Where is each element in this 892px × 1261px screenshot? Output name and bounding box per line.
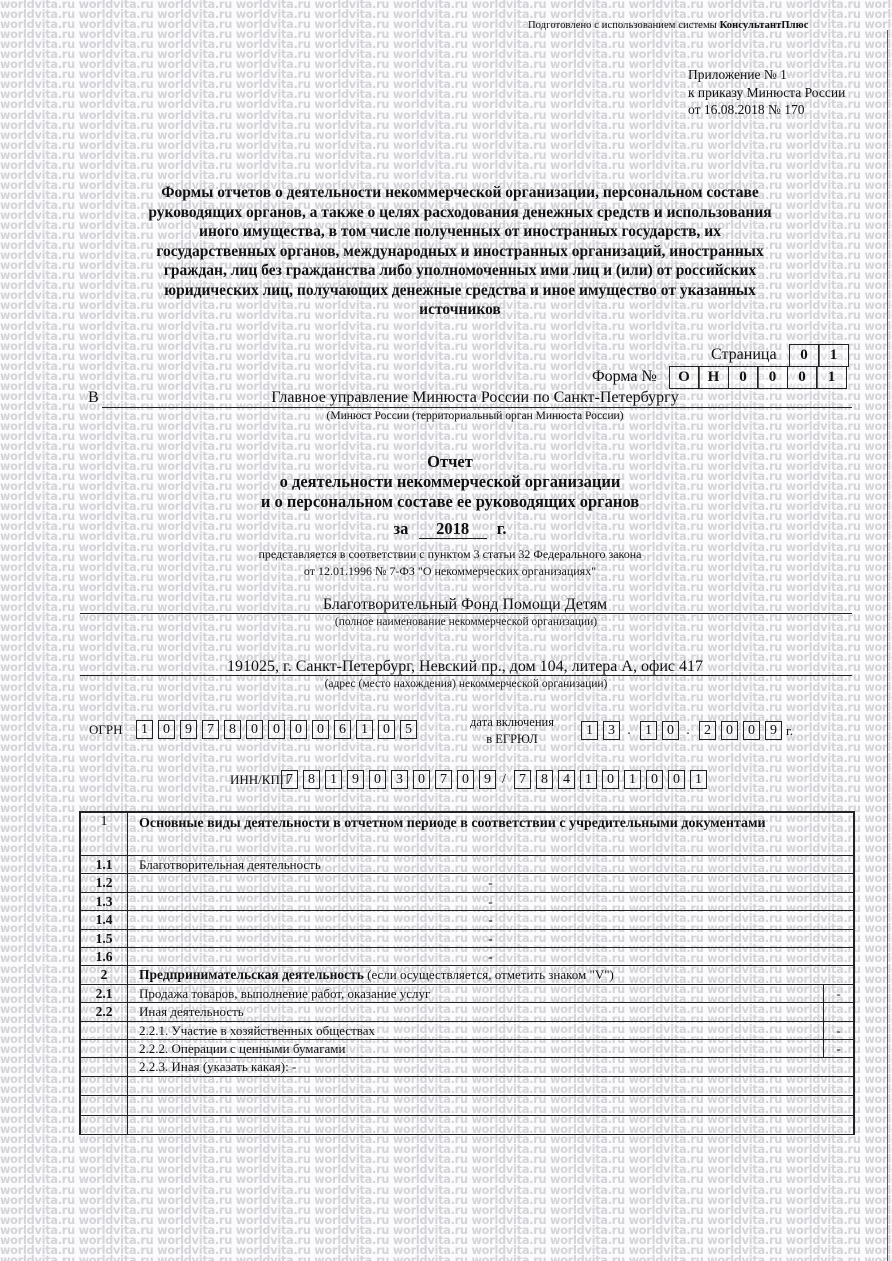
inn-kpp-separator: / — [498, 772, 510, 788]
inn-digit: 0 — [369, 770, 386, 789]
form-char: 0 — [787, 366, 818, 389]
egrul-day-digit: 1 — [581, 721, 598, 740]
page-label: Страница — [711, 346, 777, 364]
page-number-boxes: 0 1 — [790, 344, 849, 367]
ogrn-digit: 7 — [202, 720, 219, 739]
row-text: Благотворительная деятельность — [128, 856, 853, 873]
ogrn-digit: 0 — [312, 720, 329, 739]
inn-digit: 9 — [479, 770, 496, 789]
row-text: - — [128, 893, 853, 910]
table-row: 2.2 Иная деятельность — [81, 1003, 853, 1021]
title-line: граждан, лиц без гражданства либо уполно… — [110, 261, 810, 281]
title-line: источников — [110, 300, 810, 320]
appendix-reference: Приложение № 1 к приказу Минюста России … — [688, 66, 845, 119]
row-text: - — [128, 930, 853, 947]
blank-entry-line — [128, 1116, 853, 1135]
inn-digit: 0 — [457, 770, 474, 789]
table-subrow: 2.2.1. Участие в хозяйственных обществах… — [81, 1022, 853, 1040]
appendix-line: Приложение № 1 — [688, 66, 845, 84]
row-mark-cell[interactable] — [823, 1003, 853, 1020]
row-number: 1.1 — [81, 856, 128, 873]
report-year-field: 2018 — [419, 520, 487, 539]
row-text: 2.2.3. Иная (указать какая): - — [128, 1058, 853, 1075]
report-year-row: за 2018 г. — [200, 519, 700, 539]
kpp-digit: 8 — [536, 770, 553, 789]
prepared-prefix: Подготовлено с использованием системы — [528, 20, 717, 31]
form-char: 0 — [728, 366, 759, 389]
kpp-digit: 0 — [646, 770, 663, 789]
table-blank-row — [81, 1077, 853, 1097]
row-number: 1 — [81, 813, 128, 855]
ogrn-digit: 8 — [224, 720, 241, 739]
row-number-empty — [81, 1058, 128, 1075]
table-row: 1.5 - — [81, 930, 853, 948]
row-text: Иная деятельность — [128, 1003, 823, 1020]
organization-address-hint: (адрес (место нахождения) некоммерческой… — [80, 678, 852, 690]
row-number-empty — [81, 1022, 128, 1039]
section-1-header: 1 Основные виды деятельности в отчетном … — [81, 813, 853, 856]
ogrn-digit: 0 — [378, 720, 395, 739]
table-row: 1.6 - — [81, 948, 853, 966]
table-blank-row — [81, 1116, 853, 1136]
organization-name-underline — [80, 613, 852, 614]
egrul-year-digit: 0 — [721, 721, 738, 740]
section-2-title-bold: Предпринимательская деятельность — [139, 967, 364, 982]
ogrn-digit: 1 — [136, 720, 153, 739]
ogrn-digit: 5 — [400, 720, 417, 739]
inn-kpp-digit-boxes: 7819030709/784101001 — [281, 770, 712, 789]
table-row: 1.3 - — [81, 893, 853, 911]
report-title-line: Отчет — [200, 452, 700, 472]
form-number-boxes: О Н 0 0 0 1 — [670, 366, 847, 389]
addressee-field: Главное управление Минюста России по Сан… — [100, 389, 850, 407]
law-line: представляется в соответствии с пунктом … — [180, 546, 720, 563]
table-subrow: 2.2.2. Операции с ценными бумагами - — [81, 1040, 853, 1058]
prepared-system: КонсультантПлюс — [720, 20, 809, 31]
organization-address-field: 191025, г. Санкт-Петербург, Невский пр.,… — [80, 658, 850, 676]
ogrn-digit: 0 — [290, 720, 307, 739]
year-suffix: г. — [786, 723, 793, 739]
row-number: 2.2 — [81, 1003, 128, 1020]
organization-name-field: Благотворительный Фонд Помощи Детям — [80, 596, 850, 614]
ogrn-digit: 0 — [246, 720, 263, 739]
egrul-label-line: дата включения — [458, 714, 566, 731]
ogrn-digit: 6 — [334, 720, 351, 739]
inn-digit: 1 — [325, 770, 342, 789]
prepared-with-note: Подготовлено с использованием системы Ко… — [528, 20, 809, 31]
title-line: юридических лиц, получающих денежные сре… — [110, 281, 810, 301]
organization-address-underline — [80, 675, 852, 676]
table-row: 2.1 Продажа товаров, выполнение работ, о… — [81, 985, 853, 1003]
document-page: Подготовлено с использованием системы Ко… — [0, 0, 892, 1261]
egrul-day-digit: 3 — [603, 721, 620, 740]
addressee-prefix: В — [88, 389, 99, 407]
row-text: Продажа товаров, выполнение работ, оказа… — [128, 985, 823, 1002]
egrul-year-digit: 9 — [765, 721, 782, 740]
kpp-digit: 0 — [668, 770, 685, 789]
form-char: 0 — [757, 366, 788, 389]
blank-entry-line — [128, 1096, 853, 1115]
appendix-line: от 16.08.2018 № 170 — [688, 101, 845, 119]
report-title-line: о деятельности некоммерческой организаци… — [200, 472, 700, 492]
row-number: 2.1 — [81, 985, 128, 1002]
date-separator: . — [682, 723, 694, 739]
ogrn-digit: 0 — [268, 720, 285, 739]
table-row: 1.1 Благотворительная деятельность — [81, 856, 853, 874]
egrul-year-digit: 0 — [743, 721, 760, 740]
addressee-underline — [102, 407, 852, 408]
row-number: 1.3 — [81, 893, 128, 910]
inn-digit: 7 — [281, 770, 298, 789]
egrul-month-digit: 1 — [640, 721, 657, 740]
ogrn-digit-boxes: 1097800006105 — [136, 720, 422, 739]
row-mark-cell[interactable]: - — [823, 1040, 853, 1057]
form-label: Форма № — [592, 368, 657, 386]
ogrn-label: ОГРН — [89, 722, 123, 738]
egrul-date-label: дата включения в ЕГРЮЛ — [458, 714, 566, 748]
inn-digit: 3 — [391, 770, 408, 789]
row-text: 2.2.1. Участие в хозяйственных обществах — [128, 1022, 823, 1039]
row-mark-cell[interactable]: - — [823, 1022, 853, 1039]
addressee-hint: (Минюст России (территориальный орган Ми… — [100, 410, 850, 422]
form-char: 1 — [816, 366, 847, 389]
activities-table: 1 Основные виды деятельности в отчетном … — [79, 811, 855, 1135]
row-number-empty — [81, 1077, 128, 1096]
title-line: руководящих органов, а также о целях рас… — [110, 203, 810, 223]
row-number: 1.4 — [81, 911, 128, 928]
inn-digit: 8 — [303, 770, 320, 789]
row-number: 1.2 — [81, 874, 128, 891]
kpp-digit: 1 — [690, 770, 707, 789]
section-2-title-note: (если осуществляется, отметить знаком "V… — [364, 967, 614, 982]
inn-digit: 7 — [435, 770, 452, 789]
inn-digit: 9 — [347, 770, 364, 789]
title-line: Формы отчетов о деятельности некоммерчес… — [110, 183, 810, 203]
section-1-title: Основные виды деятельности в отчетном пе… — [128, 813, 853, 855]
ogrn-digit: 9 — [180, 720, 197, 739]
kpp-digit: 1 — [624, 770, 641, 789]
row-number: 1.6 — [81, 948, 128, 965]
row-number-empty — [81, 1040, 128, 1057]
egrul-year-digit: 2 — [699, 721, 716, 740]
date-separator: . — [623, 723, 635, 739]
inn-digit: 0 — [413, 770, 430, 789]
form-char: О — [669, 366, 700, 389]
table-row: 1.4 - — [81, 911, 853, 929]
row-mark-cell[interactable]: - — [823, 985, 853, 1002]
ogrn-digit: 0 — [158, 720, 175, 739]
row-text: - — [128, 874, 853, 891]
egrul-label-line: в ЕГРЮЛ — [458, 731, 566, 748]
ogrn-digit: 1 — [356, 720, 373, 739]
kpp-digit: 4 — [558, 770, 575, 789]
organization-name-hint: (полное наименование некоммерческой орга… — [80, 616, 852, 628]
egrul-month-digit: 0 — [662, 721, 679, 740]
row-text: 2.2.2. Операции с ценными бумагами — [128, 1040, 823, 1057]
title-line: государственных органов, международных и… — [110, 242, 810, 262]
row-number-empty — [81, 1096, 128, 1115]
row-number: 2 — [81, 966, 128, 983]
page-digit: 0 — [789, 344, 820, 367]
table-subrow: 2.2.3. Иная (указать какая): - — [81, 1058, 853, 1076]
report-title-line: и о персональном составе ее руководящих … — [200, 492, 700, 512]
egrul-date-boxes: 13.10.2009г. — [581, 721, 793, 740]
year-prefix: за — [394, 519, 409, 538]
law-line: от 12.01.1996 № 7-ФЗ "О некоммерческих о… — [180, 563, 720, 580]
kpp-digit: 1 — [580, 770, 597, 789]
row-number-empty — [81, 1116, 128, 1135]
row-text: - — [128, 948, 853, 965]
appendix-line: к приказу Минюста России — [688, 84, 845, 102]
blank-entry-line — [128, 1077, 853, 1096]
year-suffix: г. — [497, 519, 507, 538]
kpp-digit: 7 — [514, 770, 531, 789]
row-number: 1.5 — [81, 930, 128, 947]
kpp-digit: 0 — [602, 770, 619, 789]
section-2-header: 2 Предпринимательская деятельность (если… — [81, 966, 853, 984]
table-row: 1.2 - — [81, 874, 853, 892]
document-title: Формы отчетов о деятельности некоммерчес… — [110, 183, 810, 320]
row-text: - — [128, 911, 853, 928]
table-blank-row — [81, 1096, 853, 1116]
page-digit: 1 — [818, 344, 849, 367]
title-line: иного имущества, в том числе полученных … — [110, 222, 810, 242]
report-title: Отчет о деятельности некоммерческой орга… — [200, 452, 700, 512]
law-reference: представляется в соответствии с пунктом … — [180, 546, 720, 580]
section-2-title: Предпринимательская деятельность (если о… — [128, 966, 853, 983]
form-char: Н — [698, 366, 729, 389]
